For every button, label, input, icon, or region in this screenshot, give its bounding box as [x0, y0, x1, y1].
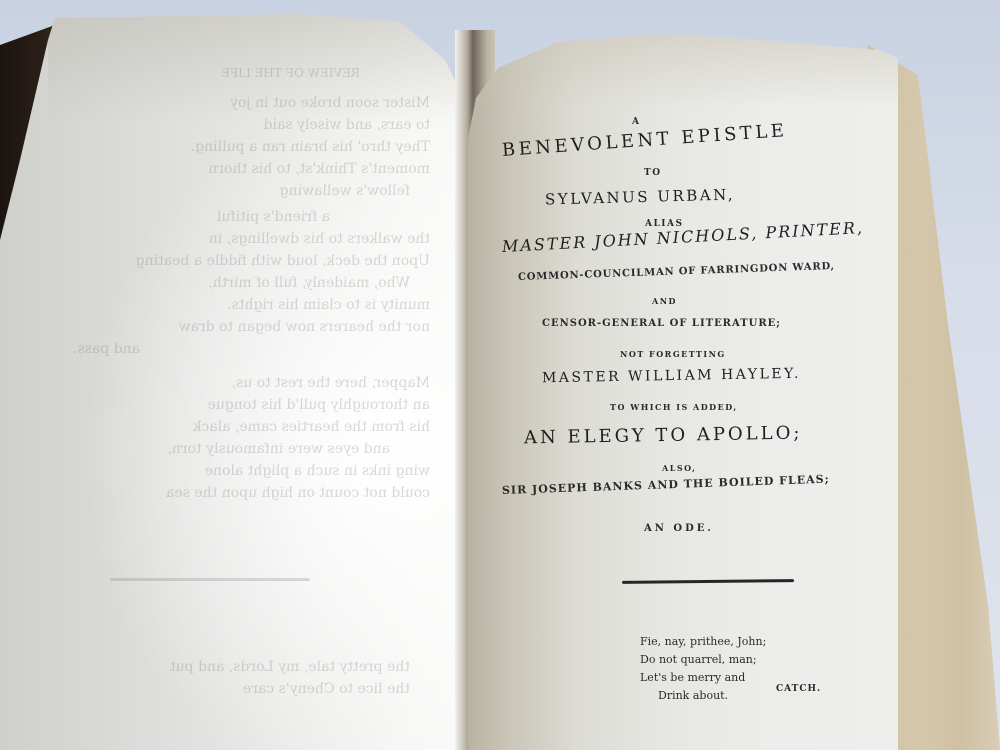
book-photo: REVIEW OF THE LIFE Mister soon broke out… [0, 0, 1000, 750]
title-councilman: COMMON-COUNCILMAN OF FARRINGDON WARD, [518, 261, 835, 283]
title-line-also: ALSO, [662, 463, 696, 473]
title-main: BENEVOLENT EPISTLE [501, 120, 788, 161]
title-hayley: MASTER WILLIAM HAYLEY. [542, 366, 801, 387]
title-censor: CENSOR-GENERAL OF LITERATURE; [542, 318, 781, 329]
title-an-ode: AN ODE. [644, 523, 714, 534]
epigraph: Fie, nay, prithee, John; Do not quarrel,… [640, 633, 840, 705]
epigraph-line: Do not quarrel, man; [640, 651, 840, 669]
title-not-forgetting: NOT FORGETTING [620, 349, 726, 359]
title-banks-ode: SIR JOSEPH BANKS AND THE BOILED FLEAS; [502, 473, 830, 497]
title-addressee: SYLVANUS URBAN, [545, 186, 735, 209]
left-page [0, 0, 470, 750]
title-to-which-added: TO WHICH IS ADDED, [610, 402, 738, 412]
epigraph-attribution: CATCH. [776, 684, 821, 694]
title-elegy: AN ELEGY TO APOLLO; [524, 423, 803, 449]
title-line-and: AND [652, 296, 677, 306]
epigraph-line: Fie, nay, prithee, John; [640, 633, 840, 651]
title-line-to: TO [644, 168, 662, 178]
title-line-a: A [632, 117, 640, 127]
